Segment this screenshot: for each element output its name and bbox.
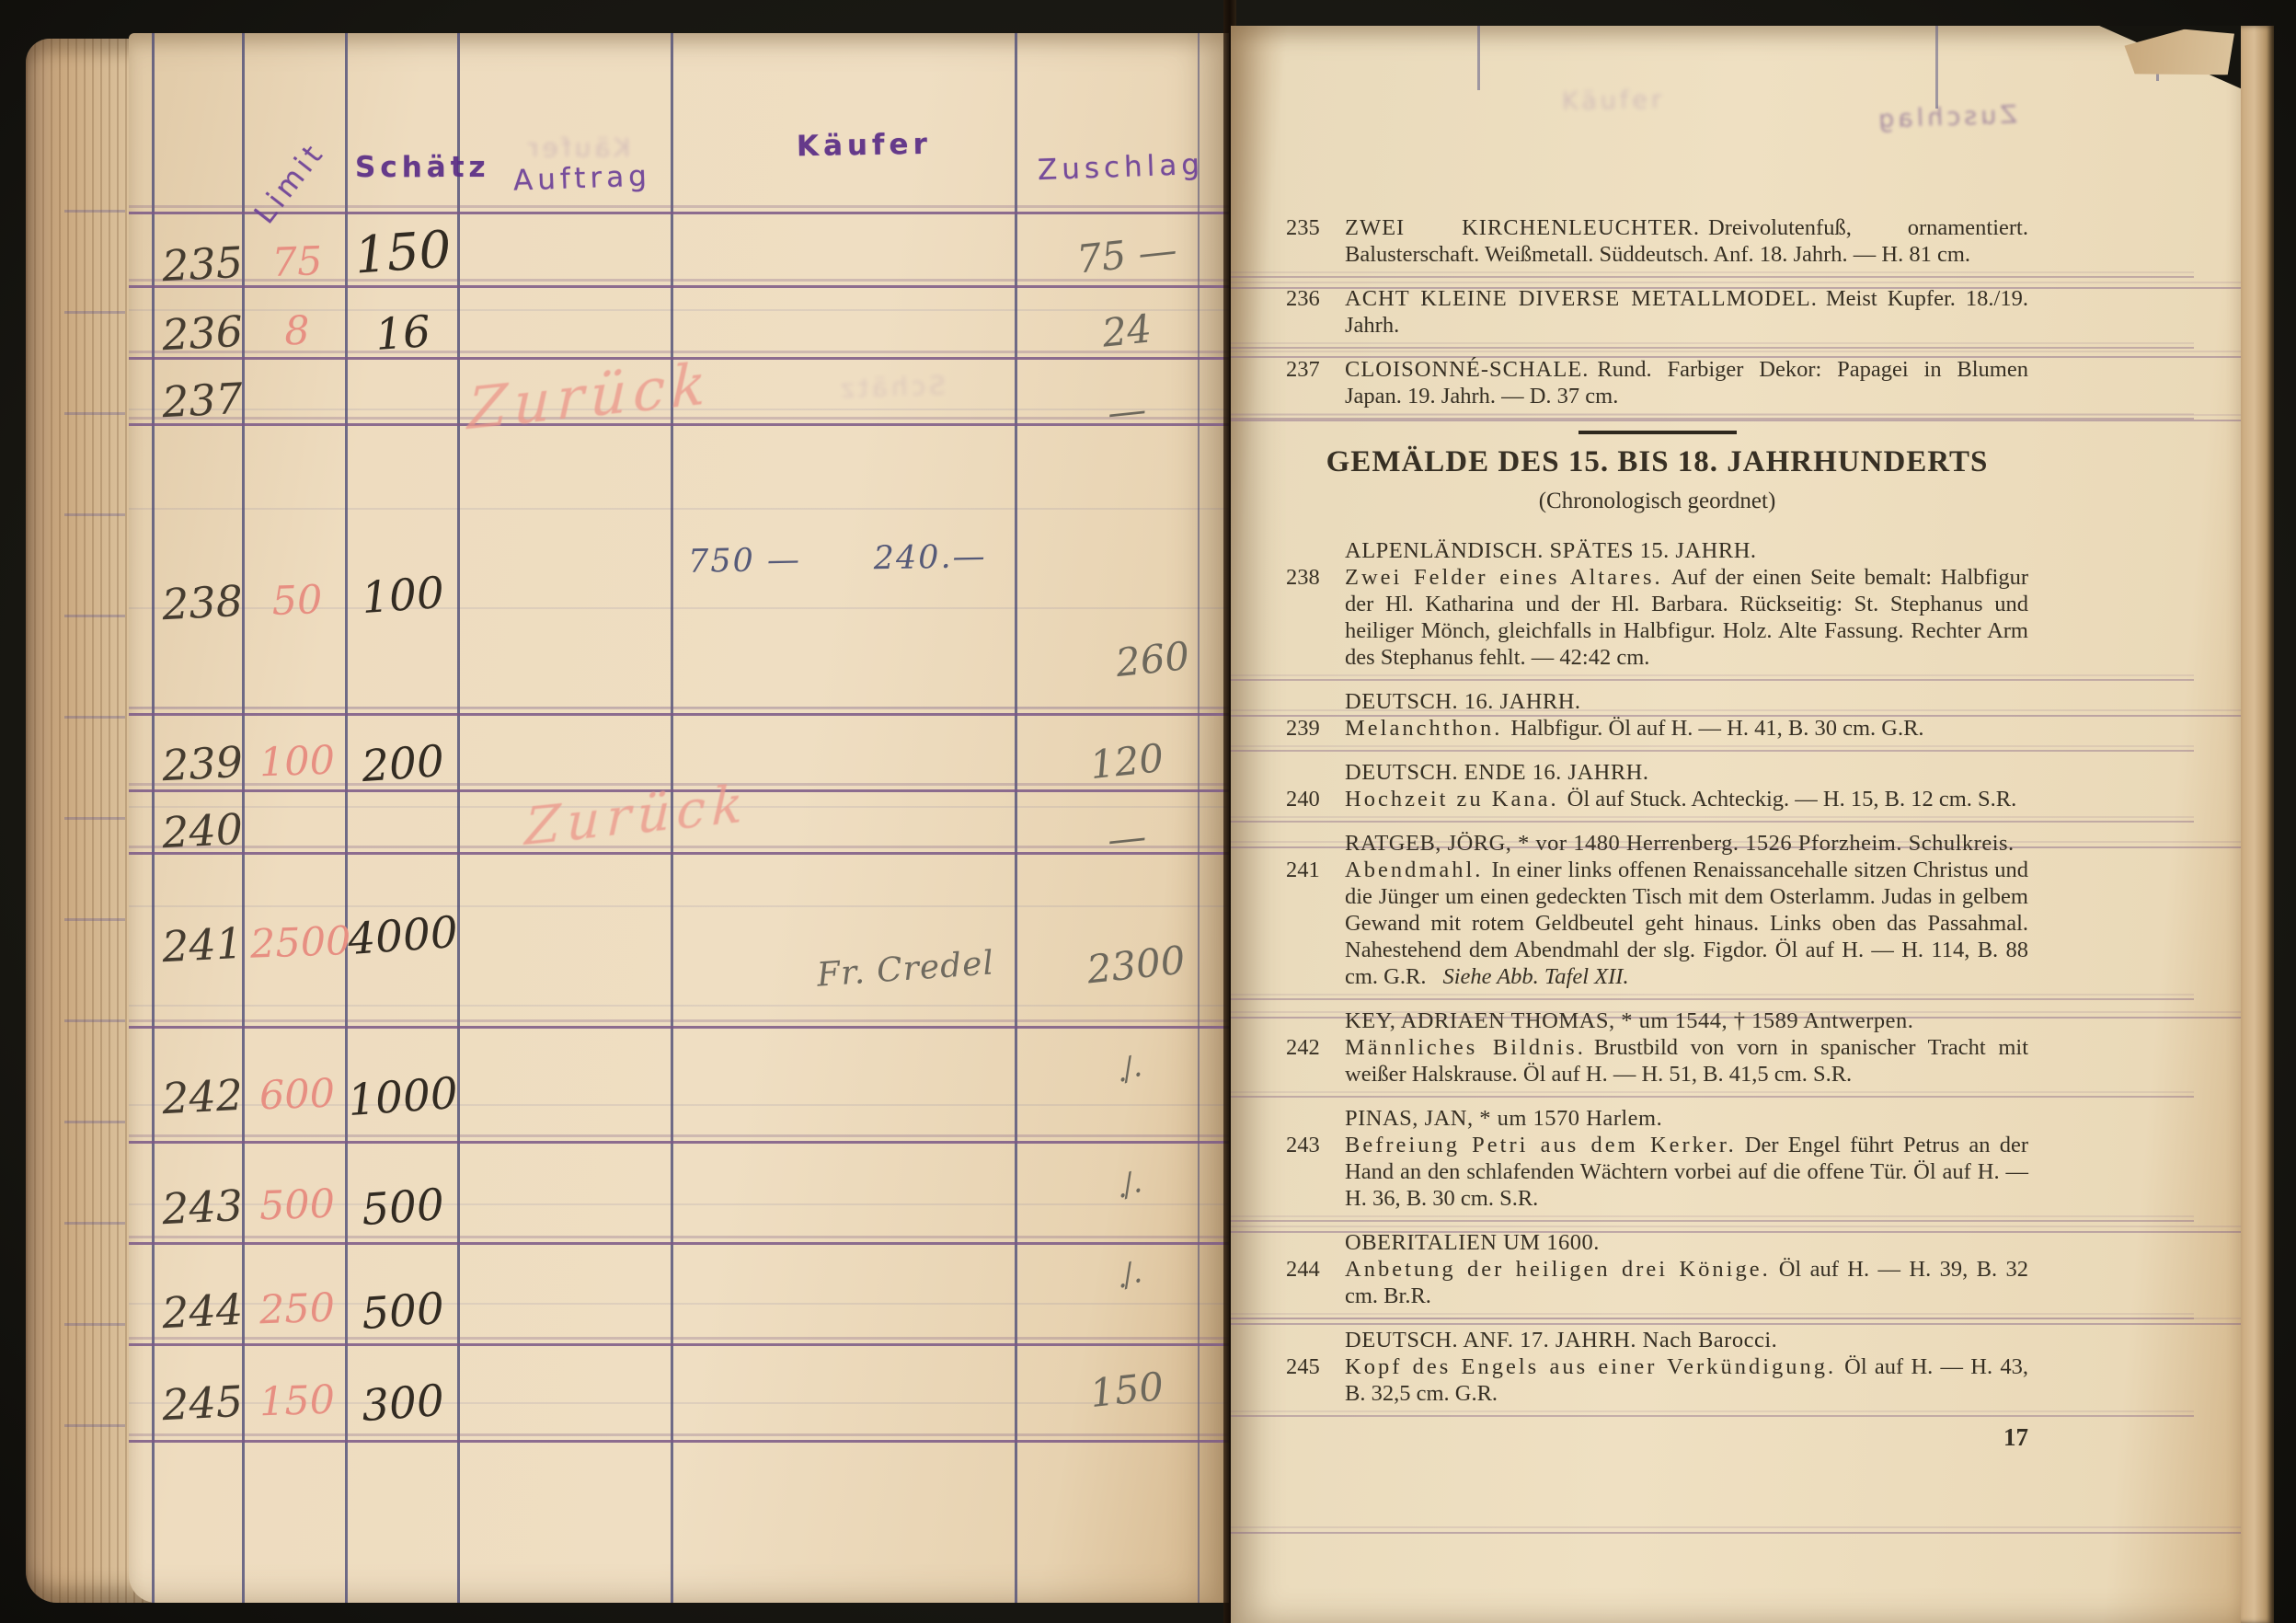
ledger-rule-line [1231,347,2194,349]
catalog-entry-240: 240Hochzeit zu Kana.Öl auf Stuck. Achtec… [1286,786,2028,812]
catalog-entry-239: 239Melanchthon.Halbfigur. Öl auf H. — H.… [1286,715,2028,742]
entry-number: 245 [1286,1353,1320,1380]
artist-group: DEUTSCH. ENDE 16. JAHRH. 240Hochzeit zu … [1286,759,2028,812]
lot-number: 243 [155,1180,250,1234]
row-separator [129,1440,1229,1443]
schaetz-value: 16 [344,305,462,363]
entry-number: 239 [1286,715,1320,742]
row-separator [129,713,1229,716]
ghost-stamp: Käufer [524,132,630,163]
catalog-right-page: Käufer Zuschlag 235ZWEI KIRCHENLEUCHTER.… [1231,26,2241,1623]
section-title: GEMÄLDE DES 15. BIS 18. JAHRHUNDERTS [1286,443,2028,480]
page-number: 17 [1286,1424,2028,1451]
ghost-stamp: Schätz [836,370,946,404]
ledger-rule-line [1231,750,2194,752]
schaetz-value: 150 [344,219,462,285]
entry-number: 241 [1286,857,1320,883]
auction-ledger-scan: Käufer Schätz Limit Schätz Auftrag Käufe… [0,0,2296,1623]
column-header-zuschlag: Zuschlag [1037,148,1204,187]
ledger-rule-line [1231,1318,2194,1319]
artist-group-header: DEUTSCH. ANF. 17. JAHRH. Nach Barocci. [1286,1327,2028,1353]
entry-number: 235 [1286,214,1320,241]
artist-group-header: ALPENLÄNDISCH. SPÄTES 15. JAHRH. [1286,537,2028,564]
ink-tick [1477,26,1480,90]
artist-group: RATGEB, JÖRG, * vor 1480 Herrenberg. 152… [1286,830,2028,990]
artist-group-header: OBERITALIEN UM 1600. [1286,1229,2028,1256]
entry-title: Befreiung Petri aus dem Kerker. [1345,1133,1745,1157]
entry-title: Anbetung der heiligen drei Könige. [1345,1257,1779,1282]
artist-group-header: PINAS, JAN, * um 1570 Harlem. [1286,1105,2028,1132]
limit-value: 600 [249,1070,345,1120]
entry-title: Männliches Bildnis. [1345,1035,1594,1060]
artist-group-header: DEUTSCH. ENDE 16. JAHRH. [1286,759,2028,786]
lot-number: 236 [155,305,250,360]
limit-value: 75 [249,237,345,287]
limit-value: 500 [249,1180,345,1230]
catalog-text-column: 235ZWEI KIRCHENLEUCHTER.Dreivolutenfuß, … [1286,214,2028,1451]
entry-title: Abendmahl. [1345,858,1491,882]
row-separator [129,1343,1229,1346]
artist-group: OBERITALIEN UM 1600. 244Anbetung der hei… [1286,1229,2028,1309]
entry-number: 242 [1286,1034,1320,1061]
entry-title: Hochzeit zu Kana. [1345,787,1567,811]
ledger-rule-line [1231,679,2194,681]
right-page-edge-stack [2241,26,2274,1623]
row-separator [129,212,1229,214]
entry-number: 243 [1286,1132,1320,1158]
lot-number: 238 [155,575,250,629]
ghost-stamp: Zuschlag [1875,100,2018,133]
schaetz-value: 500 [344,1179,462,1237]
entry-number: 244 [1286,1256,1320,1283]
entry-title: CLOISONNÉ-SCHALE. [1345,357,1597,382]
ledger-rule-line [1231,418,2194,420]
schaetz-value: 1000 [344,1068,462,1127]
limit-value: 250 [249,1284,345,1334]
lot-number: 237 [155,373,250,427]
entry-title: Kopf des Engels aus einer Verkündigung. [1345,1354,1844,1379]
artist-group: PINAS, JAN, * um 1570 Harlem. 243Befreiu… [1286,1105,2028,1212]
limit-value: 100 [249,737,345,787]
entry-number: 237 [1286,356,1320,383]
page-edge-tick-marks [64,210,125,1461]
limit-value: 50 [249,576,345,626]
ledger-rule-line [1231,998,2194,1000]
entry-plate-reference: Siehe Abb. Tafel XII. [1426,964,1628,989]
artist-group: DEUTSCH. ANF. 17. JAHRH. Nach Barocci. 2… [1286,1327,2028,1407]
table-line-vertical [152,33,155,1603]
catalog-entry-245: 245Kopf des Engels aus einer Verkündigun… [1286,1353,2028,1407]
catalog-entry-242: 242Männliches Bildnis.Brustbild von vorn… [1286,1034,2028,1088]
lot-number: 245 [155,1376,250,1430]
catalog-entry-235: 235ZWEI KIRCHENLEUCHTER.Dreivolutenfuß, … [1286,214,2028,268]
ink-tick [1935,26,1938,109]
show-through-line [1231,1532,2241,1534]
ledger-rule-line [1231,821,2194,823]
entry-text: Halbfigur. Öl auf H. — H. 41, B. 30 cm. … [1510,716,1923,741]
catalog-entry-236: 236ACHT KLEINE DIVERSE METALLMODEL.Meist… [1286,285,2028,339]
schaetz-value: 300 [344,1375,462,1433]
catalog-entry-244: 244Anbetung der heiligen drei Könige.Öl … [1286,1256,2028,1309]
catalog-entry-238: 238Zwei Felder eines Altares.Auf der ein… [1286,564,2028,671]
entry-title: ACHT KLEINE DIVERSE METALLMODEL. [1345,286,1826,311]
ghost-stamp: Käufer [1562,86,1666,116]
artist-group: KEY, ADRIAEN THOMAS, * um 1544, † 1589 A… [1286,1007,2028,1088]
limit-value: 8 [249,306,345,356]
artist-group-header: RATGEB, JÖRG, * vor 1480 Herrenberg. 152… [1286,830,2028,857]
schaetz-value: 500 [344,1283,462,1341]
entry-number: 240 [1286,786,1320,812]
entry-number: 236 [1286,285,1320,312]
column-header-kaeufer: Käufer [797,128,932,164]
entry-number: 238 [1286,564,1320,591]
column-header-auftrag: Auftrag [512,159,651,197]
lot-number: 244 [155,1283,250,1338]
artist-group-header: KEY, ADRIAEN THOMAS, * um 1544, † 1589 A… [1286,1007,2028,1034]
schaetz-value: 4000 [344,907,462,966]
entry-text: Öl auf Stuck. Achteckig. — H. 15, B. 12 … [1567,787,2017,811]
lot-number: 242 [155,1069,250,1123]
table-line-vertical [1015,33,1017,1603]
row-separator [129,285,1229,288]
limit-value: 2500 [249,918,345,968]
row-separator [129,1242,1229,1245]
catalog-entry-241: 241Abendmahl.In einer links offenen Rena… [1286,857,2028,990]
lot-number: 241 [155,917,250,972]
lot-number: 239 [155,736,250,790]
kaeufer-price-note: 750 — 240.— [688,538,987,581]
entry-title: Zwei Felder eines Altares. [1345,565,1671,590]
artist-group: ALPENLÄNDISCH. SPÄTES 15. JAHRH. 238Zwei… [1286,537,2028,671]
lot-number: 235 [155,236,250,291]
ledger-rule-line [1231,1096,2194,1098]
catalog-entry-237: 237CLOISONNÉ-SCHALE.Rund. Farbiger Dekor… [1286,356,2028,409]
artist-group-header: DEUTSCH. 16. JAHRH. [1286,688,2028,715]
lot-number: 240 [155,803,250,858]
ledger-left-page: Käufer Schätz Limit Schätz Auftrag Käufe… [129,33,1229,1603]
row-separator [129,1141,1229,1144]
column-header-schaetz: Schätz [355,151,490,184]
entry-title: ZWEI KIRCHENLEUCHTER. [1345,215,1708,240]
ledger-rule-line [1231,1220,2194,1222]
row-separator [129,1026,1229,1029]
ledger-rule-line [1231,1415,2194,1417]
schaetz-value: 200 [344,735,462,794]
catalog-entry-243: 243Befreiung Petri aus dem Kerker.Der En… [1286,1132,2028,1212]
entry-title: Melanchthon. [1345,716,1510,741]
limit-value: 150 [249,1376,345,1426]
artist-group: DEUTSCH. 16. JAHRH. 239Melanchthon.Halbf… [1286,688,2028,742]
schaetz-value: 100 [344,567,462,626]
ledger-rule-line [1231,276,2194,278]
section-subtitle: (Chronologisch geordnet) [1286,488,2028,515]
section-divider [1578,431,1737,434]
torn-corner-shadow [1231,26,2241,127]
